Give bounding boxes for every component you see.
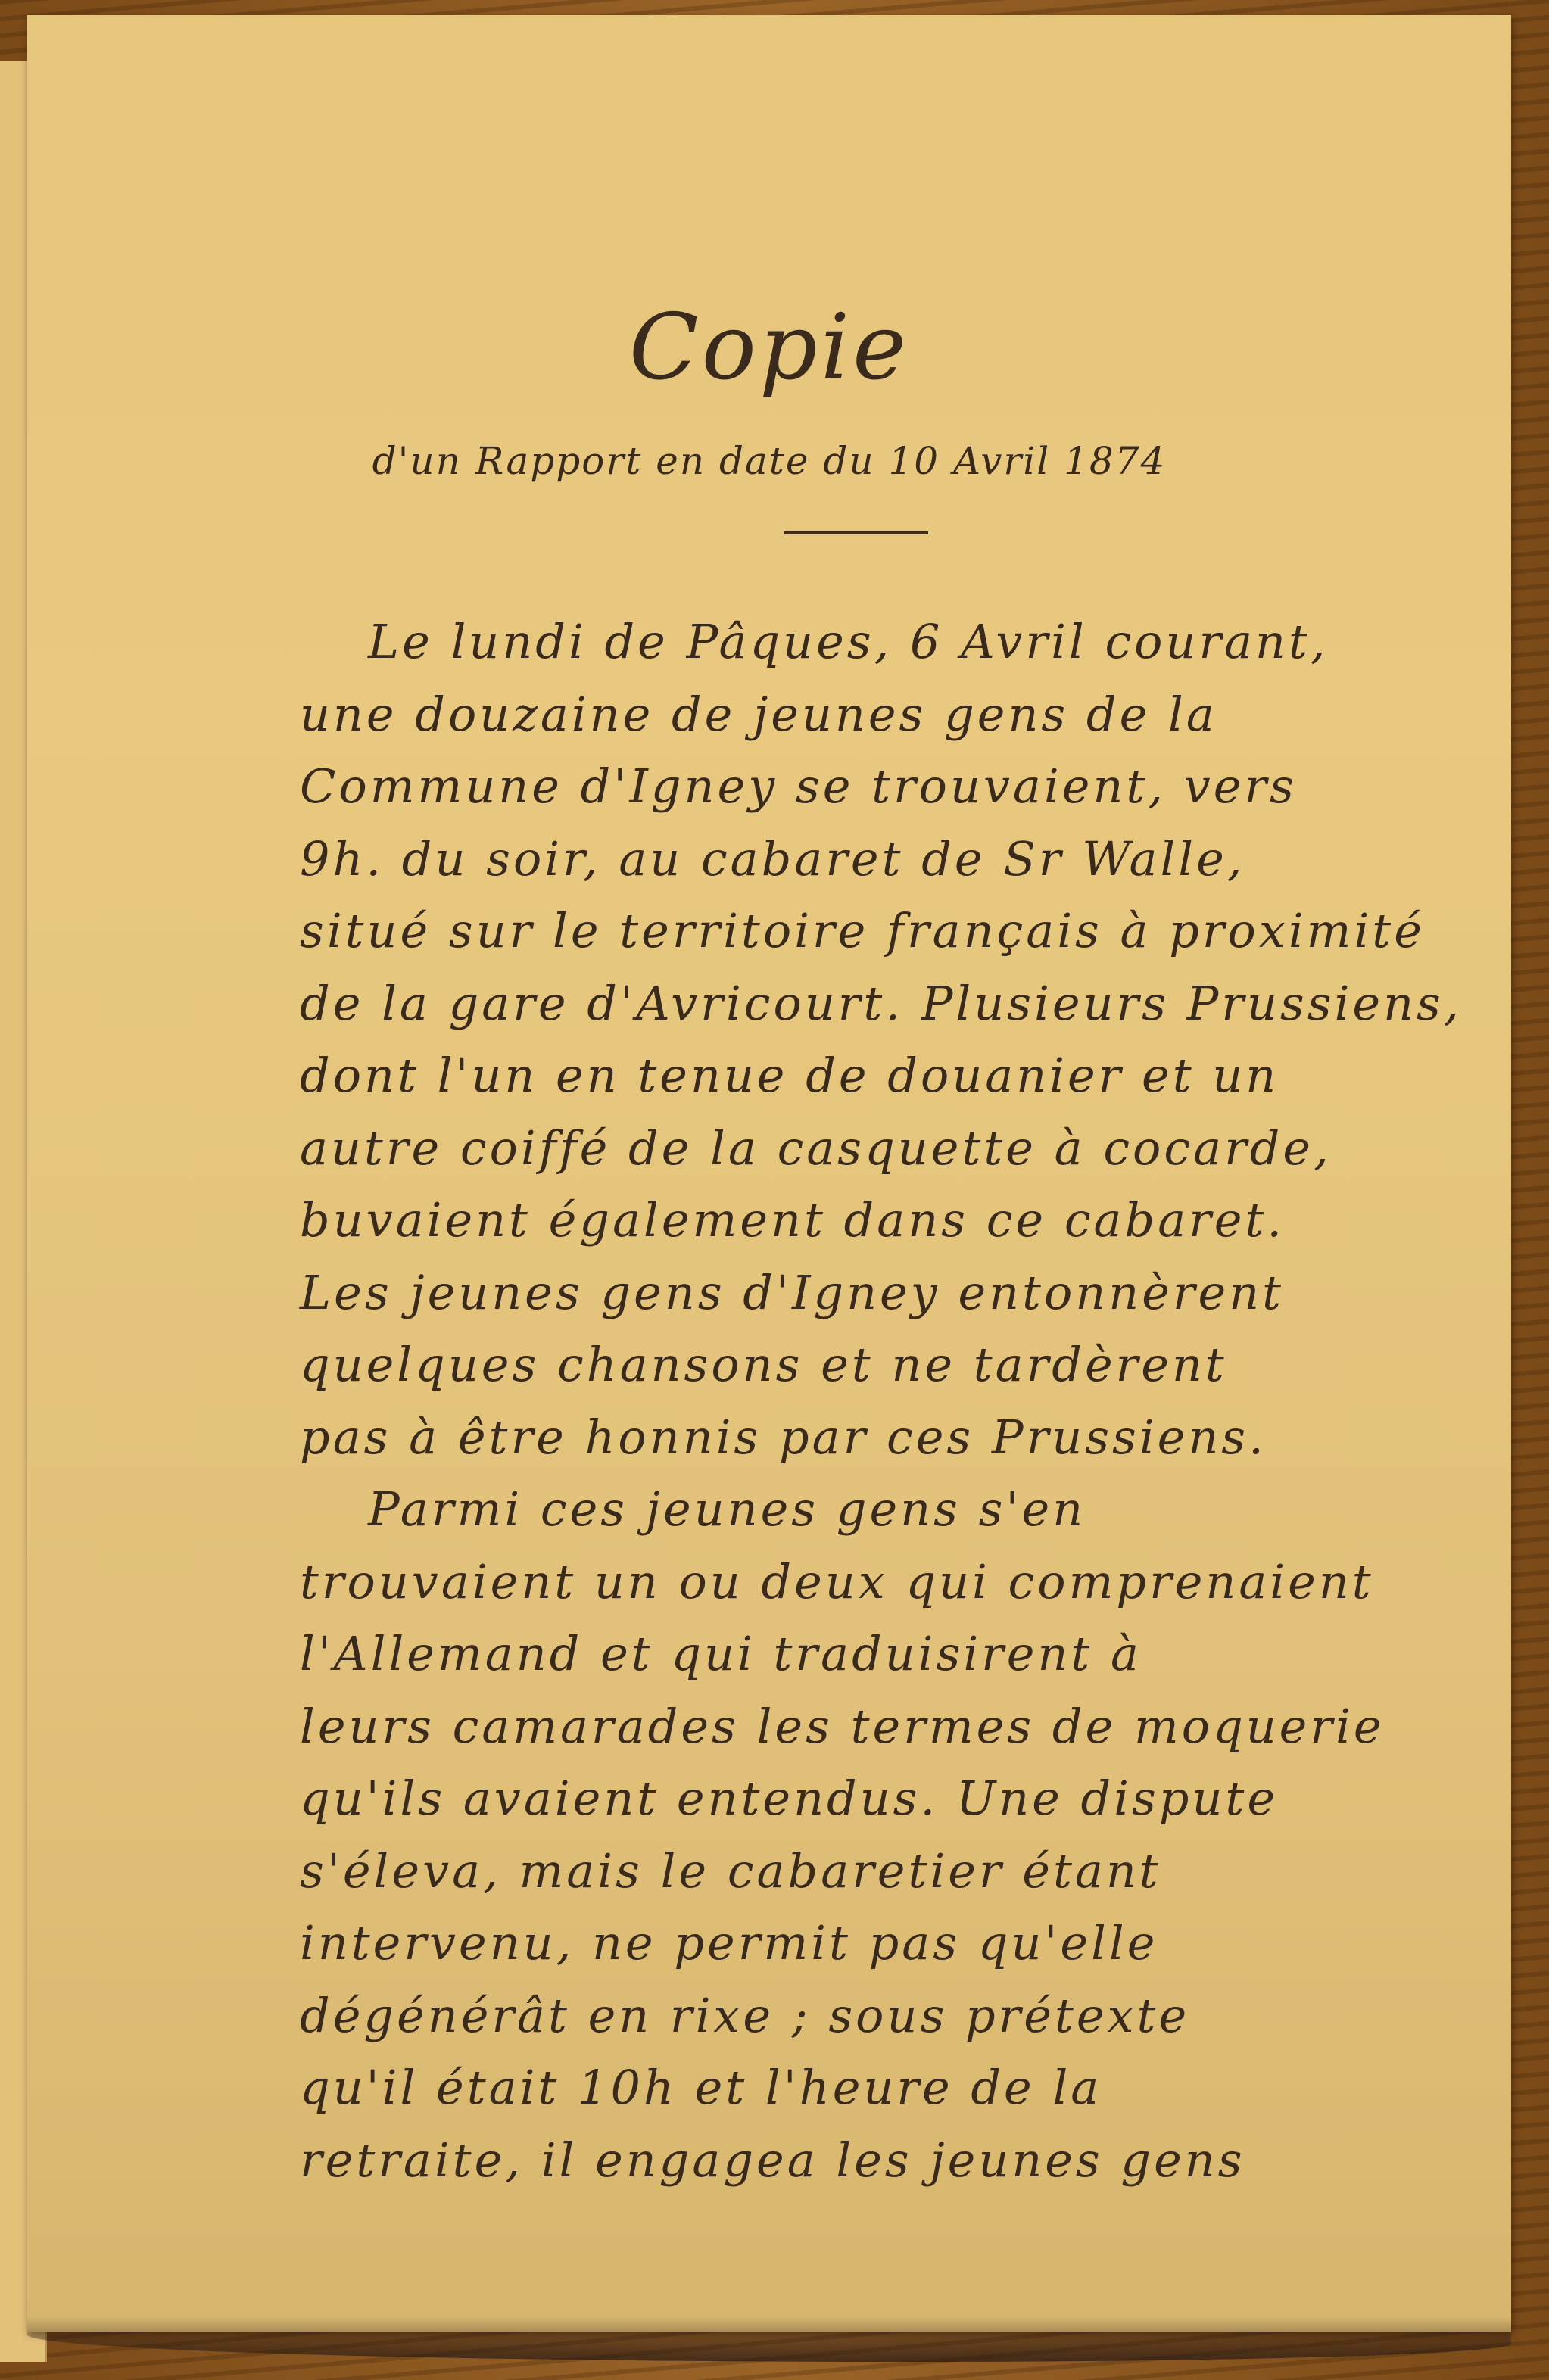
text-line: Le lundi de Pâques, 6 Avril courant,: [300, 606, 1541, 678]
handwritten-body: Le lundi de Pâques, 6 Avril courant, une…: [300, 606, 1541, 2196]
text-line: leurs camarades les termes de moquerie: [300, 1690, 1541, 1763]
text-line: qu'il était 10h et l'heure de la: [300, 2051, 1541, 2124]
text-line: dégénérât en rixe ; sous prétexte: [300, 1980, 1541, 2052]
text-line: intervenu, ne permit pas qu'elle: [300, 1907, 1541, 1980]
title-divider: [784, 531, 928, 534]
text-line: qu'ils avaient entendus. Une dispute: [300, 1762, 1541, 1835]
text-line: buvaient également dans ce cabaret.: [300, 1184, 1541, 1257]
document-title: Copie: [27, 295, 1511, 400]
text-line: l'Allemand et qui traduisirent à: [300, 1618, 1541, 1690]
text-line: Les jeunes gens d'Igney entonnèrent: [300, 1257, 1541, 1329]
text-line: quelques chansons et ne tardèrent: [300, 1329, 1541, 1401]
text-line: retraite, il engagea les jeunes gens: [300, 2124, 1541, 2197]
manuscript-page: Copie d'un Rapport en date du 10 Avril 1…: [27, 15, 1511, 2332]
text-line: dont l'un en tenue de douanier et un: [300, 1039, 1541, 1112]
document-subtitle: d'un Rapport en date du 10 Avril 1874: [27, 439, 1511, 483]
text-line: pas à être honnis par ces Prussiens.: [300, 1401, 1541, 1474]
text-line: Parmi ces jeunes gens s'en: [300, 1473, 1541, 1546]
text-line: de la gare d'Avricourt. Plusieurs Prussi…: [300, 967, 1541, 1040]
text-line: Commune d'Igney se trouvaient, vers: [300, 750, 1541, 823]
text-line: 9h. du soir, au cabaret de Sr Walle,: [300, 823, 1541, 896]
text-line: une douzaine de jeunes gens de la: [300, 678, 1541, 751]
text-line: autre coiffé de la casquette à cocarde,: [300, 1112, 1541, 1185]
text-line: situé sur le territoire français à proxi…: [300, 895, 1541, 967]
text-line: s'éleva, mais le cabaretier étant: [300, 1835, 1541, 1908]
text-line: trouvaient un ou deux qui comprenaient: [300, 1546, 1541, 1618]
